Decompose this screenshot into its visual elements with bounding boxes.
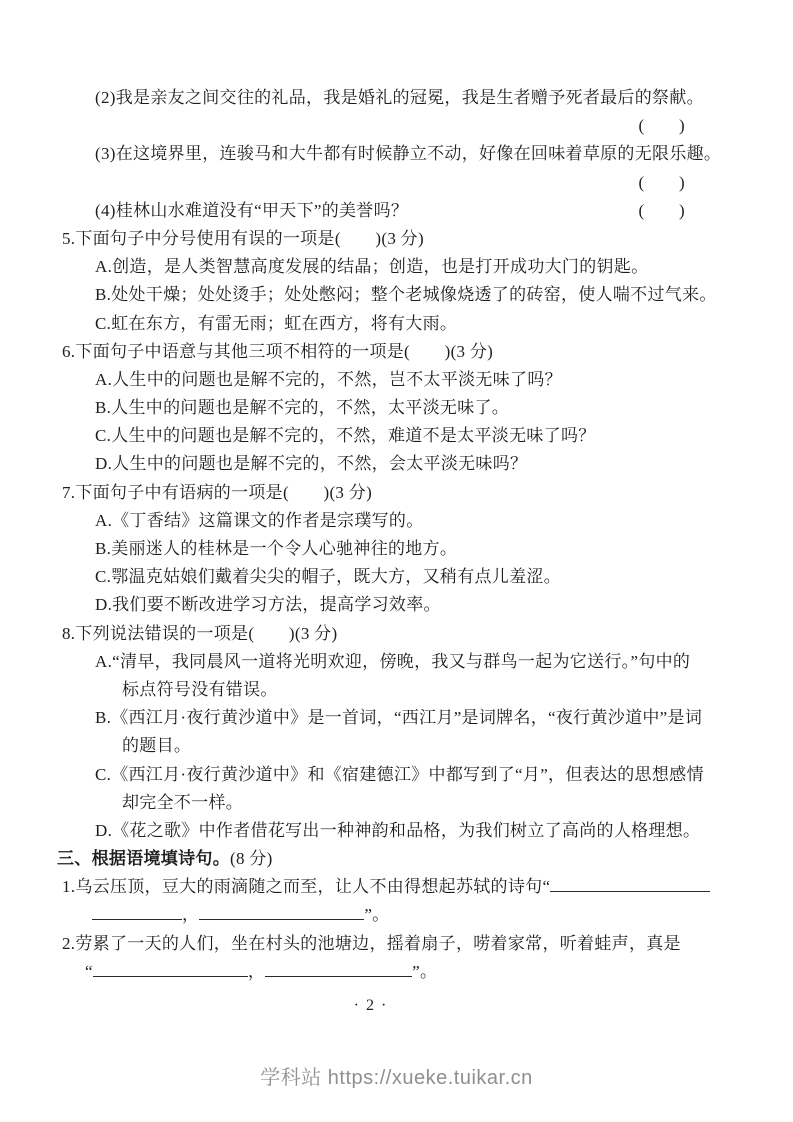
- question-5-option-b: B.处处干燥；处处烫手；处处憋闷；整个老城像烧透了的砖窑，使人喘不过气来。: [0, 281, 793, 309]
- item-4-text: (4)桂林山水难道没有“甲天下”的美誉吗？: [95, 197, 408, 225]
- item-3-answer-bracket: ( ): [0, 169, 793, 197]
- item-2-text: (2)我是亲友之间交往的礼品，我是婚礼的冠冕，我是生者赠予死者最后的祭献。: [0, 84, 793, 112]
- question-6-stem: 6.下面句子中语意与其他三项不相符的一项是( )(3 分): [0, 338, 793, 366]
- section-3-item-2-line2: “，”。: [0, 958, 793, 986]
- closing-quote: ”。: [412, 962, 437, 981]
- section-3-score: (8 分): [230, 849, 273, 868]
- question-7-stem: 7.下面句子中有语病的一项是( )(3 分): [0, 479, 793, 507]
- exam-content: (2)我是亲友之间交往的礼品，我是婚礼的冠冕，我是生者赠予死者最后的祭献。 ( …: [0, 84, 793, 986]
- section-3-title: 三、根据语境填诗句。: [57, 849, 230, 868]
- section-3-item-2-line1: 2.劳累了一天的人们，坐在村头的池塘边，摇着扇子，唠着家常，听着蛙声，真是: [0, 930, 793, 958]
- answer-blank: [92, 903, 182, 920]
- question-7-option-b: B.美丽迷人的桂林是一个令人心驰神往的地方。: [0, 535, 793, 563]
- question-7-option-a: A.《丁香结》这篇课文的作者是宗璞写的。: [0, 507, 793, 535]
- item-2-answer-bracket: ( ): [0, 112, 793, 140]
- watermark-text: 学科站 https://xueke.tuikar.cn: [0, 1061, 793, 1090]
- section-3-header: 三、根据语境填诗句。(8 分): [0, 845, 793, 873]
- question-6-option-d: D.人生中的问题也是解不完的，不然，会太平淡无味吗？: [0, 450, 793, 478]
- question-8-option-a-line1: A.“清早，我同晨风一道将光明欢迎，傍晚，我又与群鸟一起为它送行。”句中的: [0, 648, 793, 676]
- question-8-option-c-line2: 却完全不一样。: [0, 789, 793, 817]
- question-6-option-c: C.人生中的问题也是解不完的，不然，难道不是太平淡无味了吗？: [0, 422, 793, 450]
- exam-page: (2)我是亲友之间交往的礼品，我是婚礼的冠冕，我是生者赠予死者最后的祭献。 ( …: [0, 0, 793, 1122]
- section-3-item-1-text: 1.乌云压顶，豆大的雨滴随之而至，让人不由得想起苏轼的诗句“: [62, 877, 550, 896]
- blank-comma: ，: [182, 905, 199, 924]
- question-8-option-b-line2: 的题目。: [0, 732, 793, 760]
- closing-quote: ”。: [364, 905, 389, 924]
- opening-quote: “: [85, 962, 93, 981]
- question-8-stem: 8.下列说法错误的一项是( )(3 分): [0, 620, 793, 648]
- question-6-option-b: B.人生中的问题也是解不完的，不然，太平淡无味了。: [0, 394, 793, 422]
- answer-blank: [199, 903, 364, 920]
- item-3-text: (3)在这境界里，连骏马和大牛都有时候静立不动，好像在回味着草原的无限乐趣。: [0, 140, 793, 168]
- answer-blank: [265, 960, 412, 977]
- question-8-option-d: D.《花之歌》中作者借花写出一种神韵和品格，为我们树立了高尚的人格理想。: [0, 817, 793, 845]
- blank-comma: ，: [248, 962, 265, 981]
- question-8-option-c-line1: C.《西江月·夜行黄沙道中》和《宿建德江》中都写到了“月”，但表达的思想感情: [0, 761, 793, 789]
- section-3-item-1-line2: ，”。: [0, 901, 793, 929]
- question-5-option-c: C.虹在东方，有雷无雨；虹在西方，将有大雨。: [0, 310, 793, 338]
- question-8-option-a-line2: 标点符号没有错误。: [0, 676, 793, 704]
- answer-blank: [93, 960, 248, 977]
- section-3-item-1-line1: 1.乌云压顶，豆大的雨滴随之而至，让人不由得想起苏轼的诗句“: [0, 873, 793, 901]
- question-5-option-a: A.创造，是人类智慧高度发展的结晶；创造，也是打开成功大门的钥匙。: [0, 253, 793, 281]
- item-4-answer-bracket: ( ): [638, 197, 685, 225]
- question-7-option-d: D.我们要不断改进学习方法，提高学习效率。: [0, 591, 793, 619]
- answer-blank: [550, 875, 710, 892]
- question-7-option-c: C.鄂温克姑娘们戴着尖尖的帽子，既大方，又稍有点儿羞涩。: [0, 563, 793, 591]
- page-number: ·2·: [0, 997, 770, 1015]
- question-8-option-b-line1: B.《西江月·夜行黄沙道中》是一首词，“西江月”是词牌名，“夜行黄沙道中”是词: [0, 704, 793, 732]
- item-4-row: (4)桂林山水难道没有“甲天下”的美誉吗？ ( ): [0, 197, 793, 225]
- question-6-option-a: A.人生中的问题也是解不完的，不然，岂不太平淡无味了吗？: [0, 366, 793, 394]
- question-5-stem: 5.下面句子中分号使用有误的一项是( )(3 分): [0, 225, 793, 253]
